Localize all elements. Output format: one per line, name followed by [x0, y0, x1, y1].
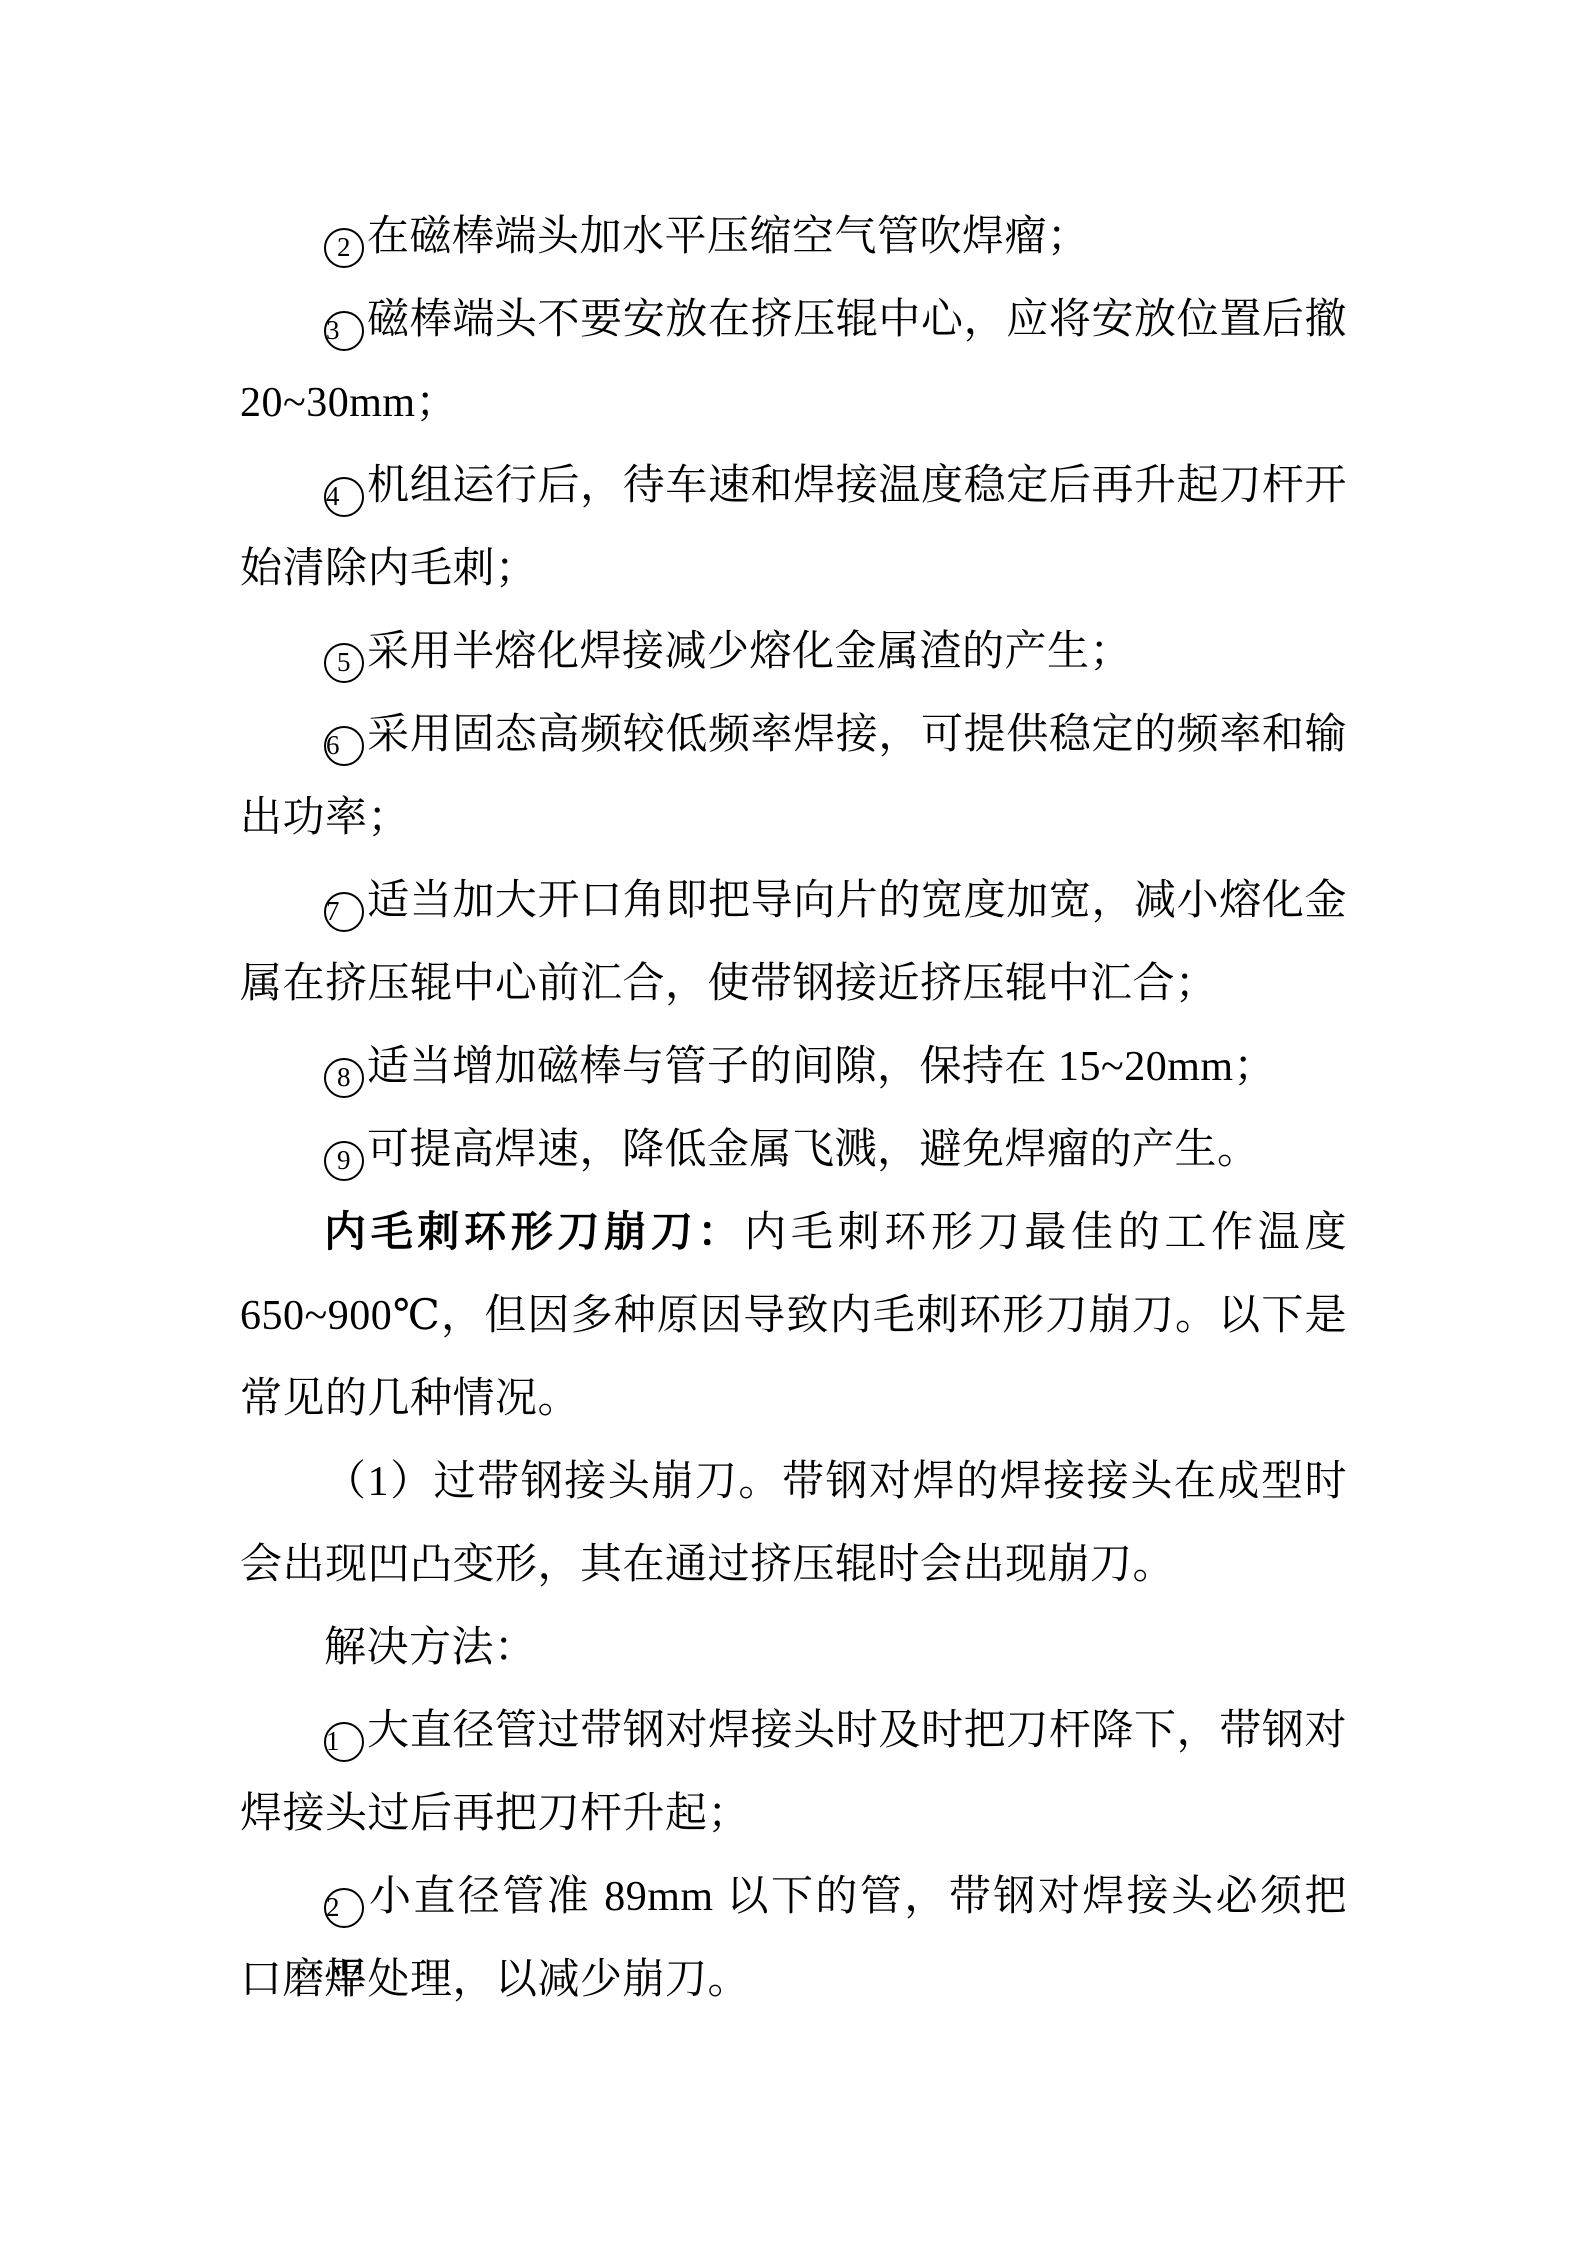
- text-line: 2小直径管准 89mm 以下的管，带钢对焊接头必须把焊: [240, 1856, 1347, 1939]
- circled-number-marker: 3: [324, 311, 364, 351]
- text-line: （1）过带钢接头崩刀。带钢对焊的焊接接头在成型时: [240, 1441, 1347, 1524]
- document-page: 2在磁棒端头加水平压缩空气管吹焊瘤；3磁棒端头不要安放在挤压辊中心，应将安放位置…: [0, 0, 1587, 2245]
- text-line: 650~900℃，但因多种原因导致内毛刺环形刀崩刀。以下是: [240, 1275, 1347, 1358]
- text-run: 采用固态高频较低频率焊接，可提供稳定的频率和输: [367, 712, 1347, 758]
- text-run: 始清除内毛刺；: [240, 546, 538, 592]
- text-run: 常见的几种情况。: [240, 1376, 580, 1422]
- text-line: 常见的几种情况。: [240, 1358, 1347, 1441]
- text-line: 9可提高焊速，降低金属飞溅，避免焊瘤的产生。: [240, 1109, 1347, 1192]
- text-run: 会出现凹凸变形，其在通过挤压辊时会出现崩刀。: [240, 1542, 1175, 1588]
- text-line: 属在挤压辊中心前汇合，使带钢接近挤压辊中汇合；: [240, 943, 1347, 1026]
- text-line: 会出现凹凸变形，其在通过挤压辊时会出现崩刀。: [240, 1524, 1347, 1607]
- text-run: 属在挤压辊中心前汇合，使带钢接近挤压辊中汇合；: [240, 961, 1218, 1007]
- circled-number-marker: 9: [324, 1141, 364, 1181]
- bold-text-run: 内毛刺环形刀崩刀：: [324, 1210, 744, 1256]
- text-line: 出功率；: [240, 777, 1347, 860]
- text-run: 解决方法：: [324, 1625, 537, 1671]
- circled-number-marker: 6: [324, 726, 364, 766]
- text-line: 5采用半熔化焊接减少熔化金属渣的产生；: [240, 611, 1347, 694]
- text-line: 20~30mm；: [240, 362, 1347, 445]
- text-run: 可提高焊速，降低金属飞溅，避免焊瘤的产生。: [367, 1127, 1260, 1173]
- text-line: 8适当增加磁棒与管子的间隙，保持在 15~20mm；: [240, 1026, 1347, 1109]
- text-run: 650~900℃，但因多种原因导致内毛刺环形刀崩刀。以下是: [240, 1293, 1347, 1339]
- text-run: 大直径管过带钢对焊接头时及时把刀杆降下，带钢对: [367, 1708, 1347, 1754]
- text-run: 磁棒端头不要安放在挤压辊中心，应将安放位置后撤: [367, 297, 1347, 343]
- text-line: 焊接头过后再把刀杆升起；: [240, 1773, 1347, 1856]
- circled-number-marker: 7: [324, 892, 364, 932]
- text-line: 7适当加大开口角即把导向片的宽度加宽，减小熔化金: [240, 860, 1347, 943]
- document-text-block: 2在磁棒端头加水平压缩空气管吹焊瘤；3磁棒端头不要安放在挤压辊中心，应将安放位置…: [240, 196, 1347, 2022]
- text-run: 20~30mm；: [240, 380, 458, 426]
- text-line: 6采用固态高频较低频率焊接，可提供稳定的频率和输: [240, 694, 1347, 777]
- text-line: 1大直径管过带钢对焊接头时及时把刀杆降下，带钢对: [240, 1690, 1347, 1773]
- text-run: 适当加大开口角即把导向片的宽度加宽，减小熔化金: [367, 878, 1347, 924]
- text-run: 内毛刺环形刀最佳的工作温度: [744, 1210, 1347, 1256]
- text-run: 焊接头过后再把刀杆升起；: [240, 1791, 750, 1837]
- text-line: 口磨平处理，以减少崩刀。: [240, 1939, 1347, 2022]
- text-line: 3磁棒端头不要安放在挤压辊中心，应将安放位置后撤: [240, 279, 1347, 362]
- text-run: 采用半熔化焊接减少熔化金属渣的产生；: [367, 629, 1132, 675]
- text-line: 内毛刺环形刀崩刀：内毛刺环形刀最佳的工作温度: [240, 1192, 1347, 1275]
- circled-number-marker: 4: [324, 477, 364, 517]
- circled-number-marker: 1: [324, 1722, 364, 1762]
- circled-number-marker: 2: [324, 1888, 364, 1928]
- text-run: 适当增加磁棒与管子的间隙，保持在 15~20mm；: [367, 1044, 1276, 1090]
- text-line: 4机组运行后，待车速和焊接温度稳定后再升起刀杆开: [240, 445, 1347, 528]
- text-run: 机组运行后，待车速和焊接温度稳定后再升起刀杆开: [367, 463, 1347, 509]
- text-run: 口磨平处理，以减少崩刀。: [240, 1957, 750, 2003]
- text-line: 始清除内毛刺；: [240, 528, 1347, 611]
- text-run: 出功率；: [240, 795, 410, 841]
- circled-number-marker: 8: [324, 1058, 364, 1098]
- circled-number-marker: 2: [324, 228, 364, 268]
- text-line: 2在磁棒端头加水平压缩空气管吹焊瘤；: [240, 196, 1347, 279]
- text-line: 解决方法：: [240, 1607, 1347, 1690]
- circled-number-marker: 5: [324, 643, 364, 683]
- text-run: 在磁棒端头加水平压缩空气管吹焊瘤；: [367, 214, 1090, 260]
- text-run: （1）过带钢接头崩刀。带钢对焊的焊接接头在成型时: [324, 1459, 1347, 1505]
